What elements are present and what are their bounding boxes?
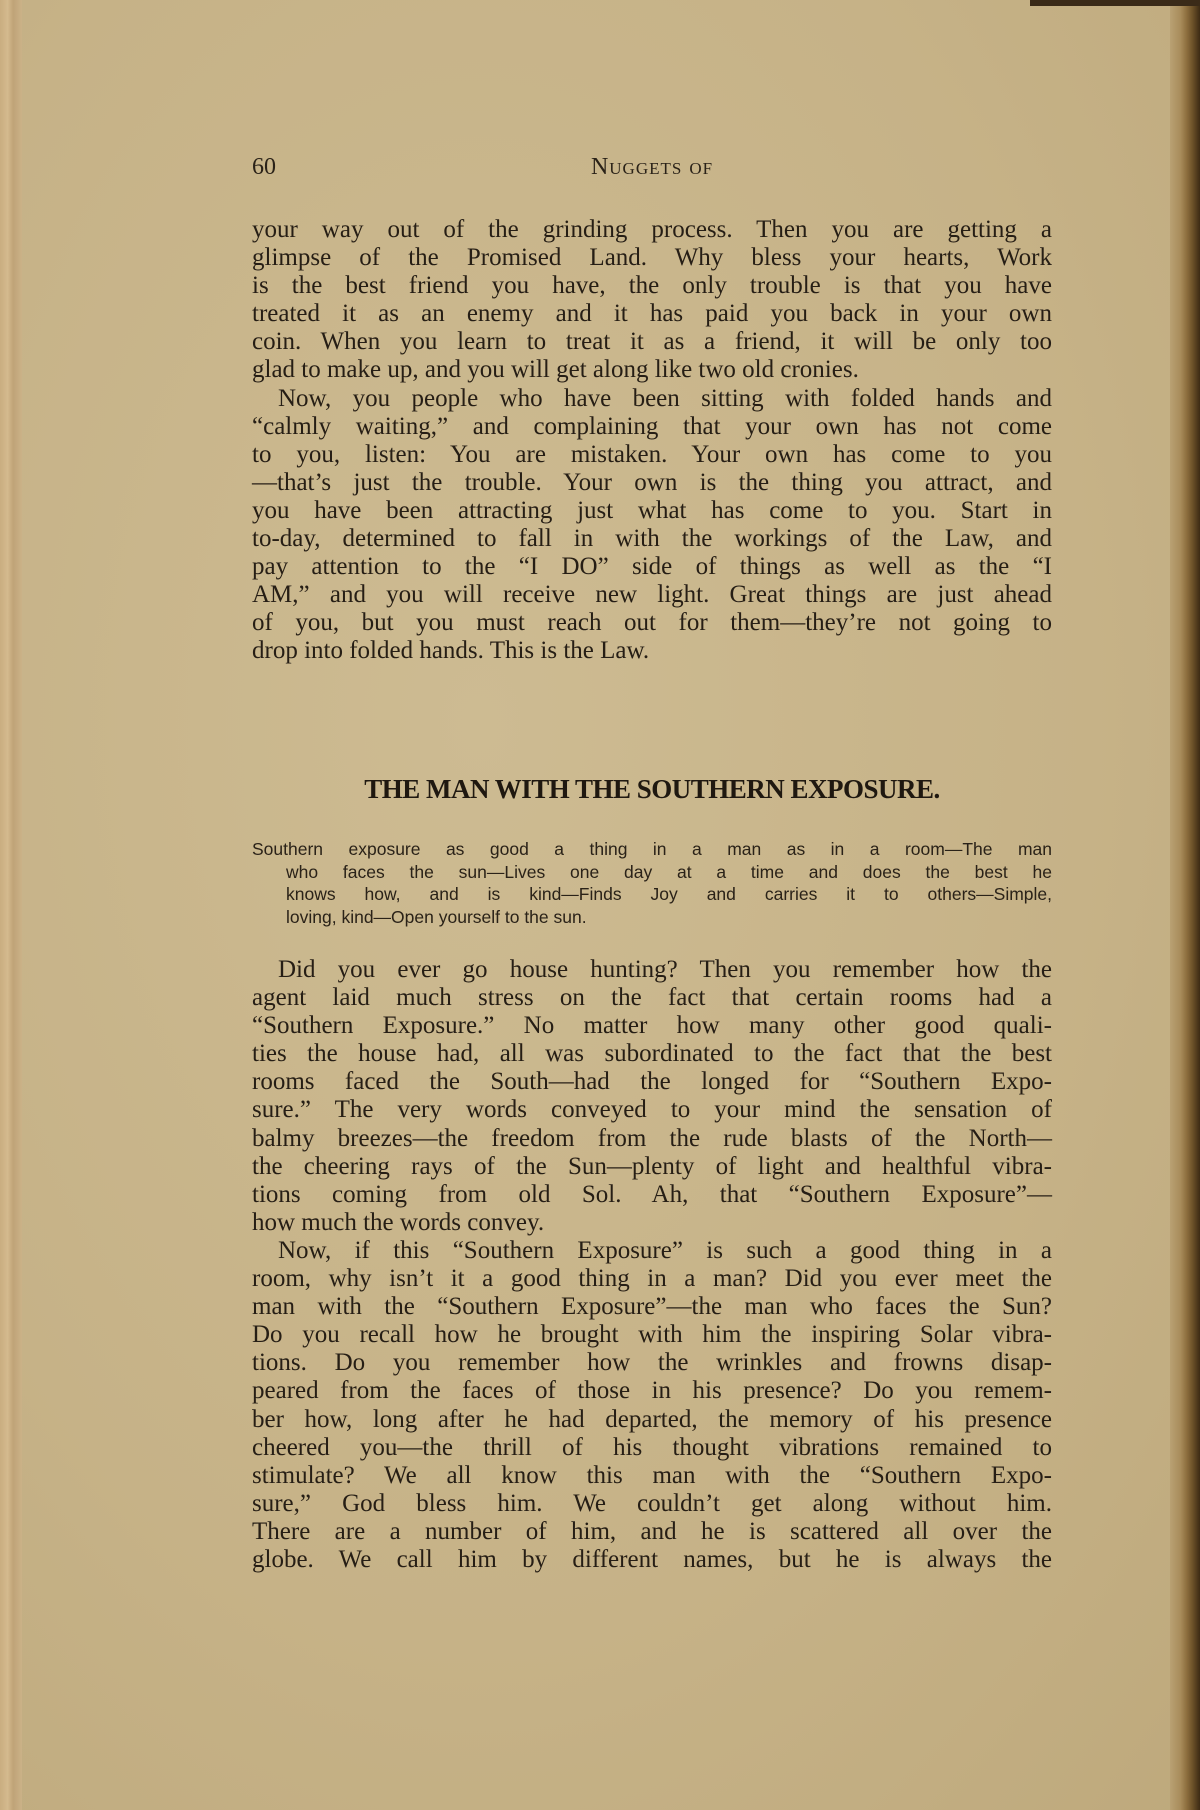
text-line: you have been attracting just what has c… — [252, 497, 1052, 525]
text-line: balmy breezes—the freedom from the rude … — [252, 1125, 1052, 1153]
text-line: agent laid much stress on the fact that … — [252, 984, 1052, 1012]
text-line: ties the house had, all was subordinated… — [252, 1040, 1052, 1068]
running-head-title: Nuggets of — [252, 154, 1052, 181]
text-line: glimpse of the Promised Land. Why bless … — [252, 244, 1052, 272]
text-line: of you, but you must reach out for them—… — [252, 609, 1052, 637]
synopsis-line: knows how, and is kind—Finds Joy and car… — [252, 883, 1052, 906]
page-fore-edge — [1170, 0, 1200, 1810]
section-heading: THE MAN WITH THE SOUTHERN EXPOSURE. — [252, 774, 1052, 805]
text-line: to you, listen: You are mistaken. Your o… — [252, 441, 1052, 469]
text-line: to-day, determined to fall in with the w… — [252, 525, 1052, 553]
paragraph: Now, you people who have been sitting wi… — [252, 385, 1052, 666]
text-line: room, why isn’t it a good thing in a man… — [252, 1265, 1052, 1293]
text-line: globe. We call him by different names, b… — [252, 1546, 1052, 1574]
text-line: ber how, long after he had departed, the… — [252, 1406, 1052, 1434]
text-line: pay attention to the “I DO” side of thin… — [252, 553, 1052, 581]
synopsis-line: loving, kind—Open yourself to the sun. — [252, 906, 1052, 929]
text-line: coin. When you learn to treat it as a fr… — [252, 328, 1052, 356]
chapter-synopsis: Southern exposure as good a thing in a m… — [252, 838, 1052, 928]
section-2-body: Did you ever go house hunting? Then you … — [252, 956, 1052, 1574]
text-line: tions coming from old Sol. Ah, that “Sou… — [252, 1181, 1052, 1209]
text-line: peared from the faces of those in his pr… — [252, 1377, 1052, 1405]
text-line: rooms faced the South—had the longed for… — [252, 1068, 1052, 1096]
book-page: 60 Nuggets of your way out of the grindi… — [0, 0, 1200, 1810]
page-top-shadow — [1030, 0, 1200, 6]
text-line: “Southern Exposure.” No matter how many … — [252, 1012, 1052, 1040]
paragraph: Did you ever go house hunting? Then you … — [252, 956, 1052, 1237]
paragraph: your way out of the grinding process. Th… — [252, 216, 1052, 385]
text-line: the cheering rays of the Sun—plenty of l… — [252, 1153, 1052, 1181]
text-line: tions. Do you remember how the wrinkles … — [252, 1349, 1052, 1377]
text-line: man with the “Southern Exposure”—the man… — [252, 1293, 1052, 1321]
page-gutter-edge — [0, 0, 22, 1810]
text-line: —that’s just the trouble. Your own is th… — [252, 469, 1052, 497]
text-line: glad to make up, and you will get along … — [252, 356, 1052, 384]
text-line: There are a number of him, and he is sca… — [252, 1518, 1052, 1546]
text-line: treated it as an enemy and it has paid y… — [252, 300, 1052, 328]
text-line: Now, if this “Southern Exposure” is such… — [252, 1237, 1052, 1265]
text-line: how much the words convey. — [252, 1209, 1052, 1237]
synopsis-line: Southern exposure as good a thing in a m… — [252, 838, 1052, 861]
text-line: your way out of the grinding process. Th… — [252, 216, 1052, 244]
text-line: drop into folded hands. This is the Law. — [252, 637, 1052, 665]
text-line: “calmly waiting,” and complaining that y… — [252, 413, 1052, 441]
text-line: cheered you—the thrill of his thought vi… — [252, 1434, 1052, 1462]
text-line: sure,” God bless him. We couldn’t get al… — [252, 1490, 1052, 1518]
paragraph: Now, if this “Southern Exposure” is such… — [252, 1237, 1052, 1574]
text-line: is the best friend you have, the only tr… — [252, 272, 1052, 300]
text-line: stimulate? We all know this man with the… — [252, 1462, 1052, 1490]
text-line: Now, you people who have been sitting wi… — [252, 385, 1052, 413]
text-line: AM,” and you will receive new light. Gre… — [252, 581, 1052, 609]
text-line: Did you ever go house hunting? Then you … — [252, 956, 1052, 984]
section-1-body: your way out of the grinding process. Th… — [252, 216, 1052, 666]
text-line: sure.” The very words conveyed to your m… — [252, 1096, 1052, 1124]
text-line: Do you recall how he brought with him th… — [252, 1321, 1052, 1349]
synopsis-line: who faces the sun—Lives one day at a tim… — [252, 861, 1052, 884]
running-head: 60 Nuggets of — [252, 154, 1052, 184]
